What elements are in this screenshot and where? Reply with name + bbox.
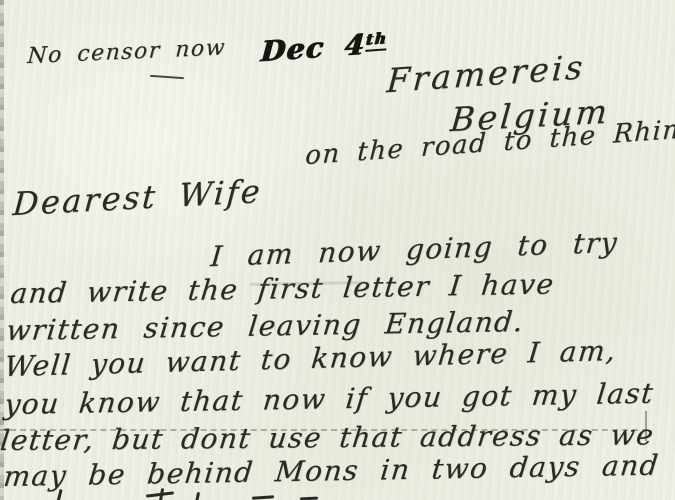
body-line: and write the first letter I have [9, 271, 556, 309]
cut-off-next-line-stroke [252, 495, 274, 499]
address-line-place: Framereis [386, 50, 587, 97]
letter-page: No censor now Dec 4th Framereis Belgium … [0, 0, 675, 500]
date-ordinal-suffix: th [365, 29, 388, 52]
letter-date: Dec 4th [260, 29, 388, 66]
censor-note: No censor now [27, 37, 227, 68]
salutation: Dearest Wife [12, 175, 264, 220]
cut-off-next-line-stroke [300, 497, 318, 500]
date-text: Dec 4 [260, 28, 367, 69]
cut-off-next-line-stroke [195, 492, 200, 500]
body-line: may be behind Mons in two days and [2, 452, 661, 492]
body-line: you know that now if you got my last [3, 380, 655, 419]
censor-note-tail-stroke [150, 75, 184, 79]
body-line: I am now going to try [210, 229, 620, 271]
